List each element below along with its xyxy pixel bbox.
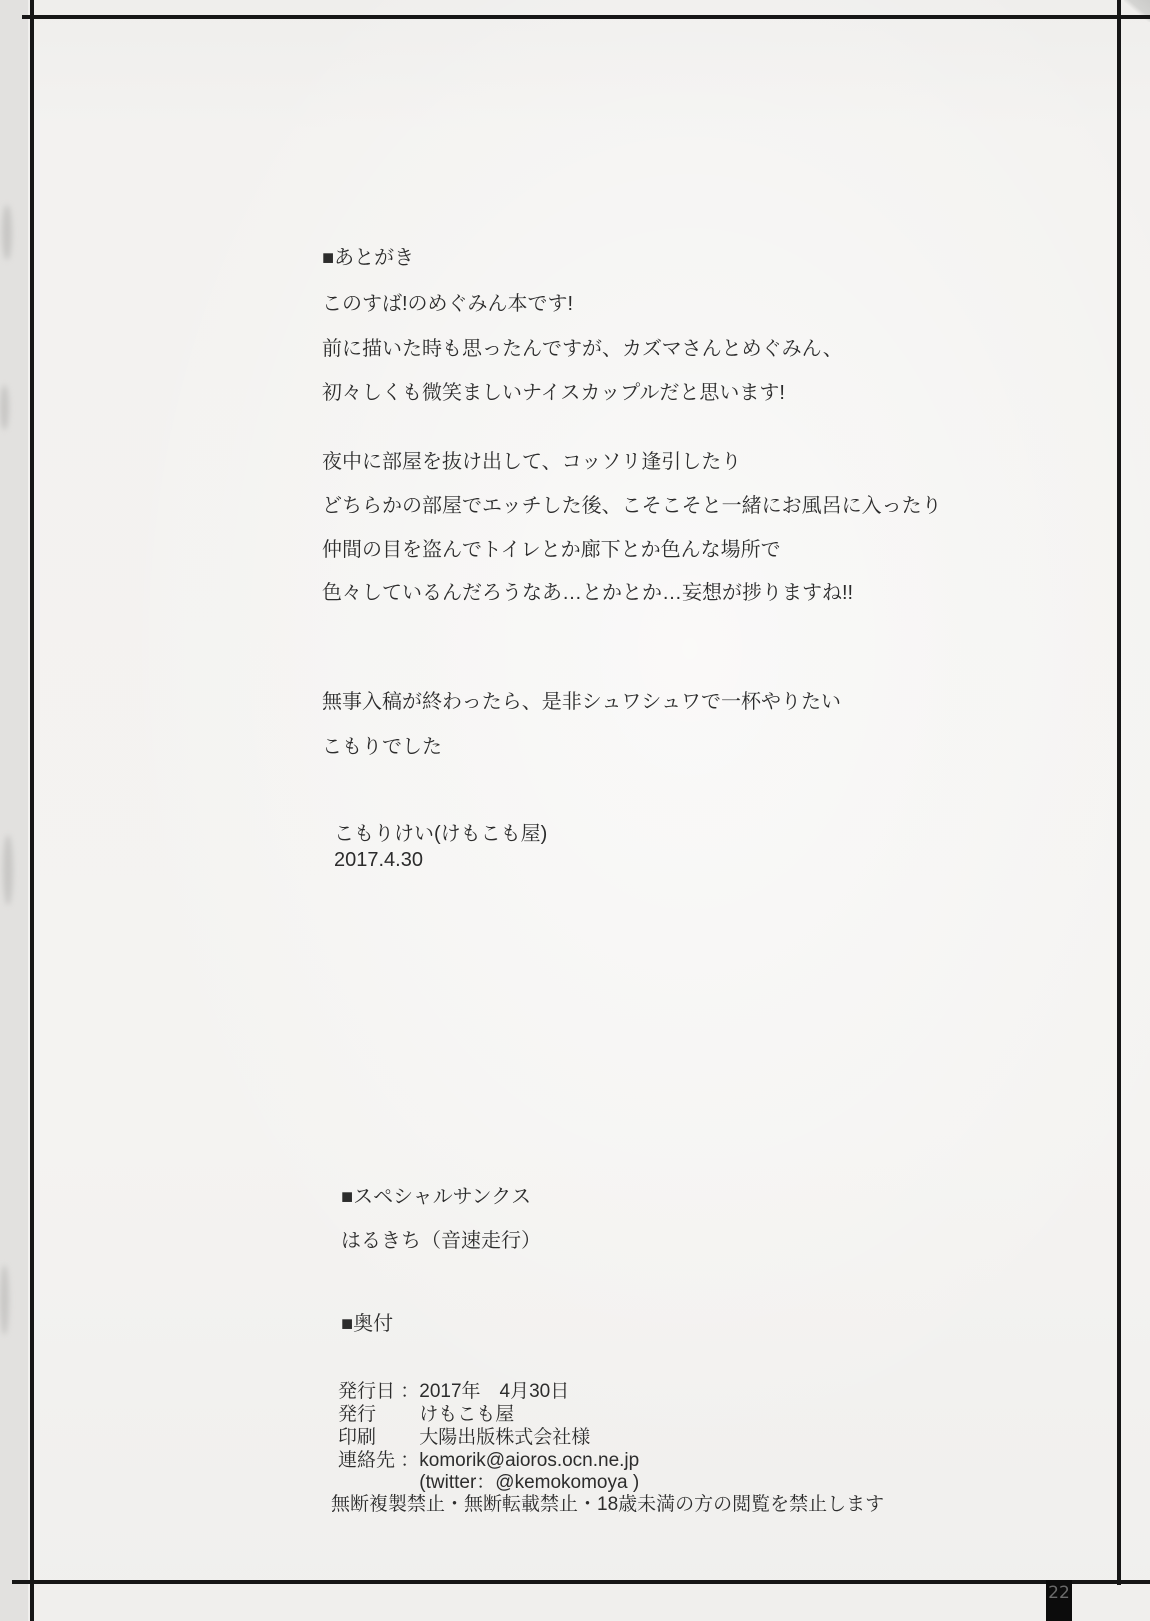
- scan-smudge: [2, 205, 12, 260]
- signature-date: 2017.4.30: [334, 848, 423, 872]
- scan-smudge: [3, 835, 13, 905]
- scan-smudge: [0, 385, 9, 430]
- page-number-tab: 22: [1046, 1580, 1072, 1621]
- colophon-printer: 印刷 大陽出版株式会社様: [338, 1426, 590, 1450]
- colophon-heading: ■奥付: [341, 1312, 393, 1336]
- afterword-line: 夜中に部屋を抜け出して、コッソリ逢引したり: [322, 450, 741, 474]
- afterword-line: このすば!のめぐみん本です!: [322, 292, 573, 316]
- afterword-line: 初々しくも微笑ましいナイスカップルだと思います!: [322, 381, 785, 405]
- colophon-publisher: 発行 けもこも屋: [338, 1403, 514, 1427]
- author-signature: こもりけい(けもこも屋): [334, 822, 547, 846]
- page-frame-right: [1117, 0, 1121, 1585]
- special-thanks-heading: ■スペシャルサンクス: [341, 1185, 531, 1209]
- special-thanks-name: はるきち（音速走行）: [341, 1229, 541, 1253]
- afterword-line: どちらかの部屋でエッチした後、こそこそと一緒にお風呂に入ったり: [322, 494, 942, 518]
- page-frame-bottom: [12, 1580, 1150, 1584]
- scan-smudge: [0, 1265, 9, 1335]
- colophon-contact-email: 連絡先 ：komorik@aioros.ocn.ne.jp: [338, 1449, 639, 1473]
- rights-notice: 無断複製禁止・無断転載禁止・18歳未満の方の閲覧を禁止します: [331, 1493, 884, 1517]
- afterword-line: 色々しているんだろうなあ…とかとか…妄想が捗りますね!!: [322, 581, 853, 605]
- page-number: 22: [1048, 1583, 1070, 1603]
- colophon-twitter: (twitter：@kemokomoya ): [338, 1471, 639, 1495]
- colophon-publish-date: 発行日 ：2017年 4月30日: [338, 1380, 569, 1404]
- scanned-page: ■あとがき このすば!のめぐみん本です! 前に描いた時も思ったんですが、カズマさ…: [0, 0, 1150, 1621]
- afterword-heading: ■あとがき: [322, 246, 414, 270]
- afterword-line: 無事入稿が終わったら、是非シュワシュワで一杯やりたい: [322, 690, 841, 714]
- page-frame-left: [30, 0, 34, 1621]
- afterword-line: 仲間の目を盗んでトイレとか廊下とか色んな場所で: [322, 538, 781, 562]
- afterword-line: 前に描いた時も思ったんですが、カズマさんとめぐみん、: [322, 337, 843, 361]
- afterword-line: こもりでした: [322, 735, 442, 759]
- page-frame-top: [22, 15, 1150, 19]
